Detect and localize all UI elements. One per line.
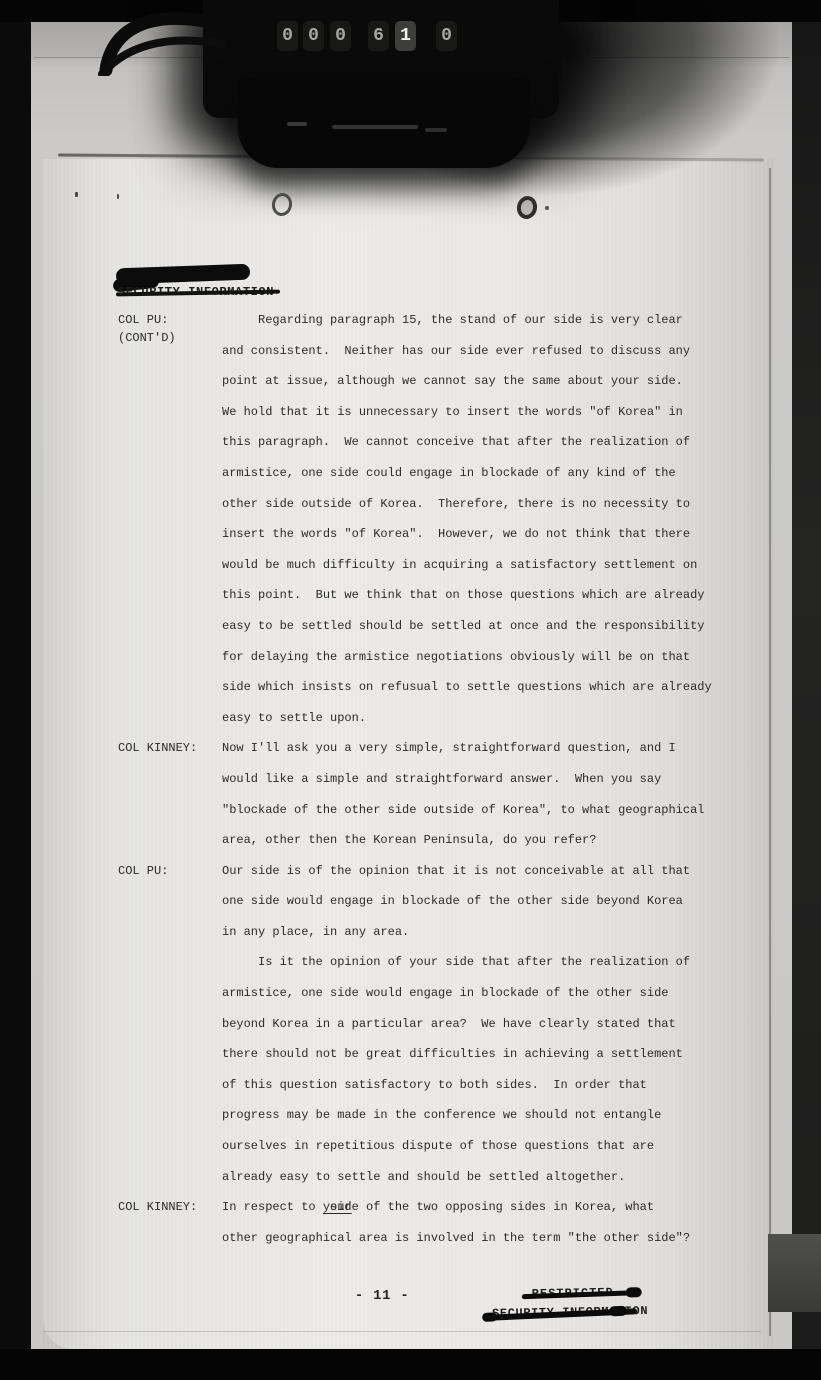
counter-digit: 0 [277,21,298,51]
device-lens-mount [238,78,530,168]
speaker-label: COL KINNEY: [118,733,222,855]
counter-digit: 1 [395,21,416,51]
dialogue-line: in any place, in any area. [222,917,738,948]
dialogue-line: and consistent. Neither has our side eve… [222,336,738,367]
dialogue-line: insert the words "of Korea". However, we… [222,519,738,550]
microfilm-scan-frame: 000610 SECURITY INFORMATION COL PU:(CONT… [0,0,821,1380]
film-border-bottom [0,1349,821,1380]
dialogue-line: armistice, one side could engage in bloc… [222,458,738,489]
dialogue-line: progress may be made in the conference w… [222,1100,738,1131]
dialogue-line: this paragraph. We cannot conceive that … [222,427,738,458]
dialogue-line: easy to settle upon. [222,703,738,734]
dialogue-line: Our side is of the opinion that it is no… [222,856,738,887]
dialogue-line: Now I'll ask you a very simple, straight… [222,733,738,764]
film-border-left [0,0,31,1380]
dialogue-line: there should not be great difficulties i… [222,1039,738,1070]
dialogue-entry: COL KINNEY:Now I'll ask you a very simpl… [118,733,738,855]
dialogue-lines: Our side is of the opinion that it is no… [222,856,738,1193]
dialogue-entry: COL KINNEY:In respect to your side of th… [118,1192,738,1253]
dialogue-line: one side would engage in blockade of the… [222,886,738,917]
dialogue-line: ourselves in repetitious dispute of thos… [222,1131,738,1162]
page-number: - 11 - [355,1289,410,1304]
dialogue-lines: In respect to your side of the two oppos… [222,1192,738,1253]
dialogue-line: other side outside of Korea. Therefore, … [222,489,738,520]
dialogue-line: Regarding paragraph 15, the stand of our… [222,305,738,336]
dialogue-line: beyond Korea in a particular area? We ha… [222,1009,738,1040]
dialogue-lines: Regarding paragraph 15, the stand of our… [222,305,738,733]
counter-digit: 0 [303,21,324,51]
dialogue-line: would be much difficulty in acquiring a … [222,550,738,581]
frame-counter: 000610 [277,21,467,53]
dialogue-line: point at issue, although we cannot say t… [222,366,738,397]
dialogue-line: other geographical area is involved in t… [222,1223,738,1254]
dialogue-entry: COL PU:(CONT'D) Regarding paragraph 15, … [118,305,738,733]
dialogue-line: this point. But we think that on those q… [222,580,738,611]
dialogue-line: would like a simple and straightforward … [222,764,738,795]
dialogue-line: for delaying the armistice negotiations … [222,642,738,673]
classification-stamp-bottom: RESTRICTED SECURITY INFORMATION [492,1284,693,1331]
dialogue-line: In respect to your side of the two oppos… [222,1192,738,1223]
dialogue-line: "blockade of the other side outside of K… [222,795,738,826]
dialogue-lines: Now I'll ask you a very simple, straight… [222,733,738,855]
speaker-label: COL KINNEY: [118,1192,222,1253]
ink-speck [545,206,549,210]
classification-stamp-top: SECURITY INFORMATION [116,264,296,308]
dialogue-line: of this question satisfactory to both si… [222,1070,738,1101]
dialogue-line: already easy to settle and should be set… [222,1162,738,1193]
dialogue-line: side which insists on refusual to settle… [222,672,738,703]
speaker-label: COL PU:(CONT'D) [118,305,222,733]
device-slot [332,125,418,129]
ink-speck [117,194,119,199]
dialogue-entry: COL PU:Our side is of the opinion that i… [118,856,738,1193]
transcript-body: COL PU:(CONT'D) Regarding paragraph 15, … [118,305,738,1253]
film-border-patch [768,1234,821,1312]
device-slot [425,128,447,132]
dialogue-line: Is it the opinion of your side that afte… [222,947,738,978]
counter-digit: 6 [368,21,389,51]
dialogue-line: We hold that it is unnecessary to insert… [222,397,738,428]
speaker-label: COL PU: [118,856,222,1193]
page-bottom-crease [43,1331,761,1332]
dialogue-line: easy to be settled should be settled at … [222,611,738,642]
counter-digit: 0 [436,21,457,51]
ink-speck [75,192,78,197]
counter-digit: 0 [330,21,351,51]
dialogue-line: armistice, one side would engage in bloc… [222,978,738,1009]
cable-icon [98,4,233,76]
device-slot [287,122,307,126]
dialogue-line: area, other then the Korean Peninsula, d… [222,825,738,856]
page-right-edge [769,168,771,1336]
